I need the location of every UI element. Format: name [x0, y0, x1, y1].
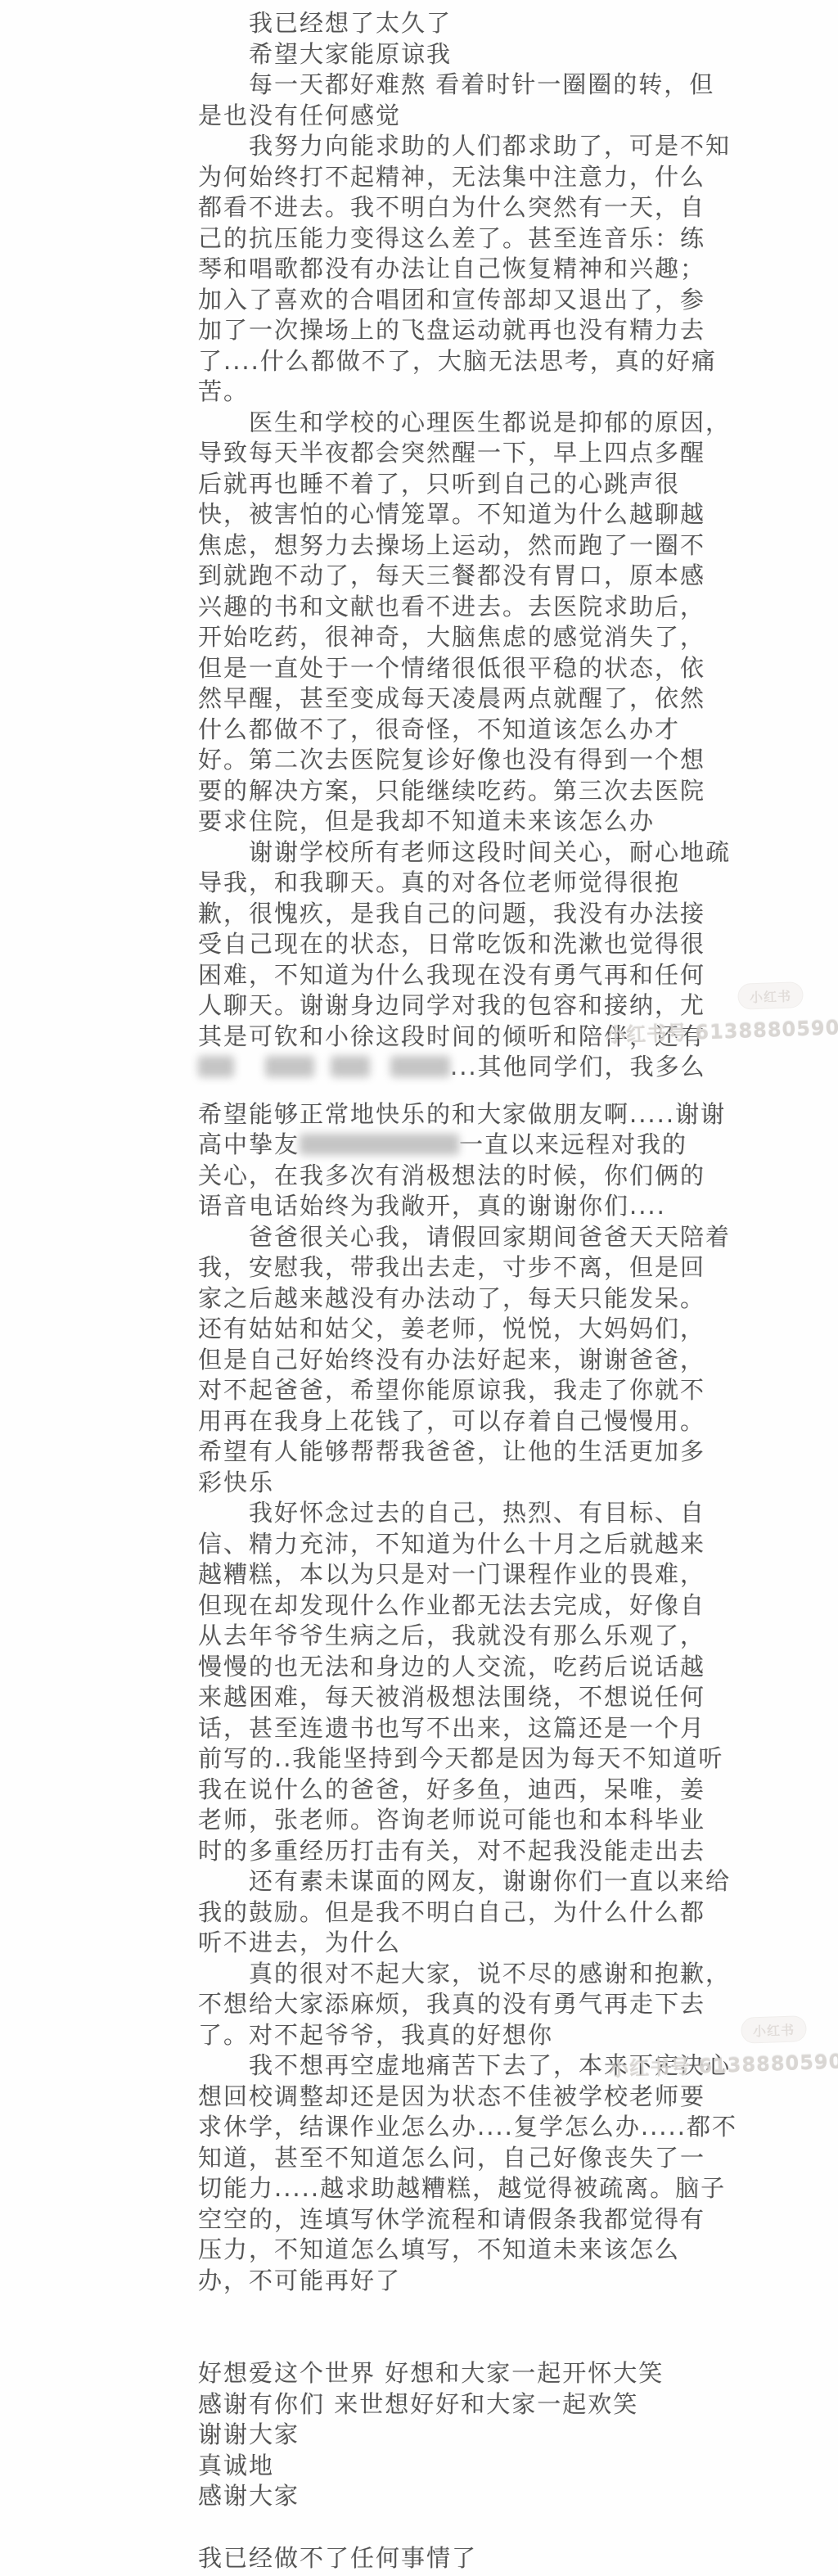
spacer: [314, 1074, 331, 1075]
text-line: 焦虑，想努力去操场上运动，然而跑了一圈不: [198, 530, 771, 562]
redacted-name-blur: [300, 1134, 459, 1155]
text-line: 导致每天半夜都会突然醒一下，早上四点多醒: [198, 438, 771, 469]
text-run: 开始吃药，很神奇，大脑焦虑的感觉消失了，: [198, 623, 705, 651]
text-run: 导我，和我聊天。真的对各位老师觉得很抱: [198, 868, 680, 896]
text-line: 加入了喜欢的合唱团和宣传部却又退出了，参: [198, 285, 771, 316]
text-line: 都看不进去。我不明白为什么突然有一天，自: [198, 192, 771, 223]
text-line: 来越困难，每天被消极想法围绕，不想说任何: [198, 1682, 771, 1713]
text-line: 知道，甚至不知道怎么问，自己好像丧失了一: [198, 2143, 771, 2174]
text-run: 感谢大家: [198, 2482, 300, 2510]
text-line: 真的很对不起大家，说不尽的感谢和抱歉，: [198, 1959, 771, 1990]
text-run: 听不进去，为什么: [198, 1929, 401, 1956]
text-run: 从去年爷爷生病之后，我就没有那么乐观了，: [198, 1622, 705, 1649]
text-line: 还有姑姑和姑父，姜老师，悦悦，大妈妈们，: [198, 1314, 771, 1345]
text-run: 我已经想了太久了: [249, 9, 452, 37]
text-run: 苦。: [198, 377, 249, 405]
text-line: 关心，在我多次有消极想法的时候，你们俩的: [198, 1161, 771, 1192]
text-run: 语音电话始终为我敞开，真的谢谢你们....: [198, 1192, 666, 1220]
text-run: 我已经做不了任何事情了: [198, 2544, 477, 2572]
text-run: 什么都做不了，很奇怪，不知道该怎么办才: [198, 715, 680, 743]
text-run: 爸爸很关心我，请假回家期间爸爸天天陪着: [249, 1223, 731, 1251]
text-line: 要求住院，但是我却不知道未来该怎么办: [198, 806, 771, 837]
text-line: 话，甚至连遗书也写不出来，这篇还是一个月: [198, 1713, 771, 1744]
redacted-name-blur: [390, 1056, 450, 1077]
text-line: ...其他同学们，我多么: [198, 1052, 771, 1083]
text-line: 受自己现在的状态，日常吃饭和洗漱也觉得很: [198, 929, 771, 960]
text-line: 为何始终打不起精神，无法集中注意力，什么: [198, 162, 771, 193]
text-line: 希望能够正常地快乐的和大家做朋友啊.....谢谢: [198, 1099, 771, 1130]
text-line: 导我，和我聊天。真的对各位老师觉得很抱: [198, 868, 771, 899]
text-line: 到就跑不动了，每天三餐都没有胃口，原本感: [198, 561, 771, 592]
text-run: 家之后越来越没有办法动了，每天只能发呆。: [198, 1284, 705, 1312]
text-run: 歉，很愧疚，是我自己的问题，我没有办法接: [198, 900, 705, 927]
text-line: 空空的，连填写休学流程和请假条我都觉得有: [198, 2204, 771, 2235]
text-run: 要求住院，但是我却不知道未来该怎么办: [198, 807, 655, 835]
text-run: 后就再也睡不着了，只听到自己的心跳声很: [198, 470, 680, 498]
text-run: 加了一次操场上的飞盘运动就再也没有精力去: [198, 316, 705, 344]
text-line: 彩快乐: [198, 1468, 771, 1499]
text-run: 我的鼓励。但是我不明白自己，为什么什么都: [198, 1898, 705, 1926]
text-line: 快，被害怕的心情笼罩。不知道为什么越聊越: [198, 499, 771, 530]
text-run: 为何始终打不起精神，无法集中注意力，什么: [198, 163, 705, 191]
text-run: 老师，张老师。咨询老师说可能也和本科毕业: [198, 1806, 705, 1834]
text-run: 每一天都好难熬 看着时针一圈圈的转，但: [249, 70, 714, 98]
text-run: 用再在我身上花钱了，可以存着自己慢慢用。: [198, 1407, 705, 1435]
text-run: 我不想再空虚地痛苦下去了，本来下定决心: [249, 2051, 731, 2079]
text-line: 前写的..我能坚持到今天都是因为每天不知道听: [198, 1744, 771, 1775]
text-line: 但是一直处于一个情绪很低很平稳的状态，依: [198, 653, 771, 684]
text-line: 然早醒，甚至变成每天凌晨两点就醒了，依然: [198, 683, 771, 715]
text-line: 我努力向能求助的人们都求助了，可是不知: [198, 131, 771, 162]
text-line: 医生和学校的心理医生都说是抑郁的原因，: [198, 408, 771, 439]
text-run: 快，被害怕的心情笼罩。不知道为什么越聊越: [198, 500, 705, 528]
text-line: 了。对不起爷爷，我真的好想你: [198, 2020, 771, 2051]
text-line: 感谢有你们 来世想好好和大家一起欢笑: [198, 2389, 771, 2420]
text-line: 人聊天。谢谢身边同学对我的包容和接纳，尤: [198, 990, 771, 1022]
text-line: 加了一次操场上的飞盘运动就再也没有精力去: [198, 315, 771, 346]
text-line: 但是自己好始终没有办法好起来，谢谢爸爸，: [198, 1345, 771, 1376]
text-run: 来越困难，每天被消极想法围绕，不想说任何: [198, 1683, 705, 1711]
text-line: 兴趣的书和文献也看不进去。去医院求助后，: [198, 592, 771, 623]
text-run: 时的多重经历打击有关，对不起我没能走出去: [198, 1837, 705, 1865]
text-line: 希望大家能原谅我: [198, 39, 771, 70]
text-run: 慢慢的也无法和身边的人交流，吃药后说话越: [198, 1653, 705, 1680]
text-line: 我在说什么的爸爸，好多鱼，迪西，呆唯，姜: [198, 1775, 771, 1806]
text-run: 真诚地: [198, 2452, 274, 2479]
text-run: ...其他同学们，我多么: [450, 1053, 706, 1080]
text-line: 真诚地: [198, 2451, 771, 2482]
text-run: 但现在却发现什么作业都无法去完成，好像自: [198, 1591, 705, 1619]
text-line: 用再在我身上花钱了，可以存着自己慢慢用。: [198, 1406, 771, 1437]
text-run: 了。对不起爷爷，我真的好想你: [198, 2021, 553, 2049]
text-run: 都看不进去。我不明白为什么突然有一天，自: [198, 193, 705, 221]
text-line: 每一天都好难熬 看着时针一圈圈的转，但: [198, 70, 771, 101]
text-run: 但是一直处于一个情绪很低很平稳的状态，依: [198, 654, 705, 682]
text-run: 我好怀念过去的自己，热烈、有目标、自: [249, 1499, 705, 1527]
text-run: 彩快乐: [198, 1468, 274, 1496]
text-line: 听不进去，为什么: [198, 1928, 771, 1959]
text-run: 了....什么都做不了，大脑无法思考，真的好痛: [198, 347, 717, 375]
text-line: 其是可钦和小徐这段时间的倾听和陪伴，还有: [198, 1022, 771, 1053]
text-run: 医生和学校的心理医生都说是抑郁的原因，: [249, 408, 731, 436]
text-run: 切能力.....越求助越糟糕，越觉得被疏离。脑子: [198, 2174, 726, 2202]
text-line: 什么都做不了，很奇怪，不知道该怎么办才: [198, 715, 771, 746]
text-run: 是也没有任何感觉: [198, 102, 401, 129]
text-run: 然早醒，甚至变成每天凌晨两点就醒了，依然: [198, 684, 705, 712]
text-run: 办，不可能再好了: [198, 2267, 401, 2294]
text-line: 我已经想了太久了: [198, 8, 771, 39]
text-run: 困难，不知道为什么我现在没有勇气再和任何: [198, 961, 705, 989]
text-run: 高中挚友: [198, 1130, 300, 1158]
text-line: 切能力.....越求助越糟糕，越觉得被疏离。脑子: [198, 2173, 771, 2204]
text-run: 希望有人能够帮帮我爸爸，让他的生活更加多: [198, 1437, 705, 1465]
text-run: 对不起爸爸，希望你能原谅我，我走了你就不: [198, 1376, 705, 1404]
text-run: 关心，在我多次有消极想法的时候，你们俩的: [198, 1162, 705, 1189]
text-line: 从去年爷爷生病之后，我就没有那么乐观了，: [198, 1621, 771, 1652]
text-line: 好。第二次去医院复诊好像也没有得到一个想: [198, 745, 771, 776]
text-run: 我努力向能求助的人们都求助了，可是不知: [249, 132, 731, 160]
text-run: 感谢有你们 来世想好好和大家一起欢笑: [198, 2390, 638, 2418]
text-run: 导致每天半夜都会突然醒一下，早上四点多醒: [198, 439, 705, 467]
text-run: 己的抗压能力变得这么差了。甚至连音乐：练: [198, 224, 705, 252]
text-line: 歉，很愧疚，是我自己的问题，我没有办法接: [198, 899, 771, 930]
redacted-name-blur: [265, 1056, 314, 1077]
redacted-name-blur: [198, 1056, 234, 1077]
spacer: [370, 1074, 390, 1075]
text-line: 后就再也睡不着了，只听到自己的心跳声很: [198, 469, 771, 500]
text-run: 不想给大家添麻烦，我真的没有勇气再走下去: [198, 1990, 705, 2018]
text-run: 到就跑不动了，每天三餐都没有胃口，原本感: [198, 562, 705, 589]
text-line: 想回校调整却还是因为状态不佳被学校老师要: [198, 2082, 771, 2113]
text-line: 开始吃药，很神奇，大脑焦虑的感觉消失了，: [198, 622, 771, 653]
text-run: 好。第二次去医院复诊好像也没有得到一个想: [198, 746, 705, 774]
text-line: 但现在却发现什么作业都无法去完成，好像自: [198, 1590, 771, 1622]
text-line: 时的多重经历打击有关，对不起我没能走出去: [198, 1836, 771, 1867]
text-line: 家之后越来越没有办法动了，每天只能发呆。: [198, 1283, 771, 1315]
text-line: 我，安慰我，带我出去走，寸步不离，但是回: [198, 1252, 771, 1283]
text-run: 谢谢大家: [198, 2420, 300, 2448]
text-run: 话，甚至连遗书也写不出来，这篇还是一个月: [198, 1714, 705, 1742]
text-run: 希望能够正常地快乐的和大家做朋友啊.....谢谢: [198, 1100, 726, 1128]
text-run: 还有素未谋面的网友，谢谢你们一直以来给: [249, 1867, 731, 1895]
text-line: 信、精力充沛，不知道为什么十月之后就越来: [198, 1529, 771, 1560]
text-run: 我，安慰我，带我出去走，寸步不离，但是回: [198, 1253, 705, 1281]
text-line: 苦。: [198, 377, 771, 408]
text-line: 谢谢大家: [198, 2420, 771, 2451]
text-run: 真的很对不起大家，说不尽的感谢和抱歉，: [249, 1960, 731, 1987]
text-line: 感谢大家: [198, 2481, 771, 2512]
text-line: 还有素未谋面的网友，谢谢你们一直以来给: [198, 1866, 771, 1897]
text-run: 一直以来远程对我的: [459, 1130, 687, 1158]
letter-text-column: 我已经想了太久了希望大家能原谅我每一天都好难熬 看着时针一圈圈的转，但是也没有任…: [198, 8, 771, 2574]
text-line: 老师，张老师。咨询老师说可能也和本科毕业: [198, 1805, 771, 1836]
text-run: 琴和唱歌都没有办法让自己恢复精神和兴趣；: [198, 255, 705, 282]
text-line: 爸爸很关心我，请假回家期间爸爸天天陪着: [198, 1222, 771, 1253]
text-run: 加入了喜欢的合唱团和宣传部却又退出了，参: [198, 286, 705, 314]
redacted-name-blur: [331, 1056, 370, 1077]
text-run: 受自己现在的状态，日常吃饭和洗漱也觉得很: [198, 930, 705, 958]
text-line: 谢谢学校所有老师这段时间关心，耐心地疏: [198, 837, 771, 868]
text-run: 求休学，结课作业怎么办....复学怎么办.....都不: [198, 2113, 737, 2141]
text-line: 我的鼓励。但是我不明白自己，为什么什么都: [198, 1897, 771, 1929]
text-line: 不想给大家添麻烦，我真的没有勇气再走下去: [198, 1989, 771, 2020]
text-line: 慢慢的也无法和身边的人交流，吃药后说话越: [198, 1652, 771, 1683]
spacer: [234, 1074, 265, 1075]
text-line: 高中挚友一直以来远程对我的: [198, 1130, 771, 1161]
text-line: 要的解决方案，只能继续吃药。第三次去医院: [198, 776, 771, 807]
text-run: 空空的，连填写休学流程和请假条我都觉得有: [198, 2205, 705, 2233]
text-line: 是也没有任何感觉: [198, 101, 771, 132]
text-run: 其是可钦和小徐这段时间的倾听和陪伴，还有: [198, 1022, 705, 1050]
text-run: 好想爱这个世界 好想和大家一起开怀大笑: [198, 2359, 664, 2387]
text-run: 前写的..我能坚持到今天都是因为每天不知道听: [198, 1744, 723, 1772]
text-line: 压力，不知道怎么填写，不知道未来该怎么: [198, 2235, 771, 2266]
text-line: 语音电话始终为我敞开，真的谢谢你们....: [198, 1191, 771, 1222]
text-run: 我在说什么的爸爸，好多鱼，迪西，呆唯，姜: [198, 1775, 705, 1803]
text-run: 信、精力充沛，不知道为什么十月之后就越来: [198, 1530, 705, 1558]
text-run: 兴趣的书和文献也看不进去。去医院求助后，: [198, 593, 705, 620]
text-run: 人聊天。谢谢身边同学对我的包容和接纳，尤: [198, 991, 705, 1019]
text-run: 希望大家能原谅我: [249, 40, 452, 68]
text-line: 琴和唱歌都没有办法让自己恢复精神和兴趣；: [198, 254, 771, 285]
text-run: 但是自己好始终没有办法好起来，谢谢爸爸，: [198, 1346, 705, 1374]
text-line: 困难，不知道为什么我现在没有勇气再和任何: [198, 960, 771, 991]
text-line: 己的抗压能力变得这么差了。甚至连音乐：练: [198, 223, 771, 255]
text-line: 办，不可能再好了: [198, 2266, 771, 2297]
text-run: 谢谢学校所有老师这段时间关心，耐心地疏: [249, 838, 731, 866]
text-line: 好想爱这个世界 好想和大家一起开怀大笑: [198, 2358, 771, 2389]
text-line: 越糟糕，本以为只是对一门课程作业的畏难，: [198, 1559, 771, 1590]
text-line: 希望有人能够帮帮我爸爸，让他的生活更加多: [198, 1437, 771, 1468]
text-line: 我不想再空虚地痛苦下去了，本来下定决心: [198, 2050, 771, 2082]
text-run: 焦虑，想努力去操场上运动，然而跑了一圈不: [198, 531, 705, 559]
text-run: 要的解决方案，只能继续吃药。第三次去医院: [198, 777, 705, 805]
text-run: 压力，不知道怎么填写，不知道未来该怎么: [198, 2235, 680, 2263]
text-line: 我已经做不了任何事情了: [198, 2543, 771, 2574]
text-line: 求休学，结课作业怎么办....复学怎么办.....都不: [198, 2112, 771, 2143]
text-run: 知道，甚至不知道怎么问，自己好像丧失了一: [198, 2144, 705, 2172]
text-run: 想回校调整却还是因为状态不佳被学校老师要: [198, 2082, 705, 2110]
text-run: 越糟糕，本以为只是对一门课程作业的畏难，: [198, 1560, 705, 1588]
text-line: 对不起爸爸，希望你能原谅我，我走了你就不: [198, 1375, 771, 1406]
text-line: 我好怀念过去的自己，热烈、有目标、自: [198, 1498, 771, 1529]
text-run: 还有姑姑和姑父，姜老师，悦悦，大妈妈们，: [198, 1315, 705, 1342]
text-line: 了....什么都做不了，大脑无法思考，真的好痛: [198, 346, 771, 377]
